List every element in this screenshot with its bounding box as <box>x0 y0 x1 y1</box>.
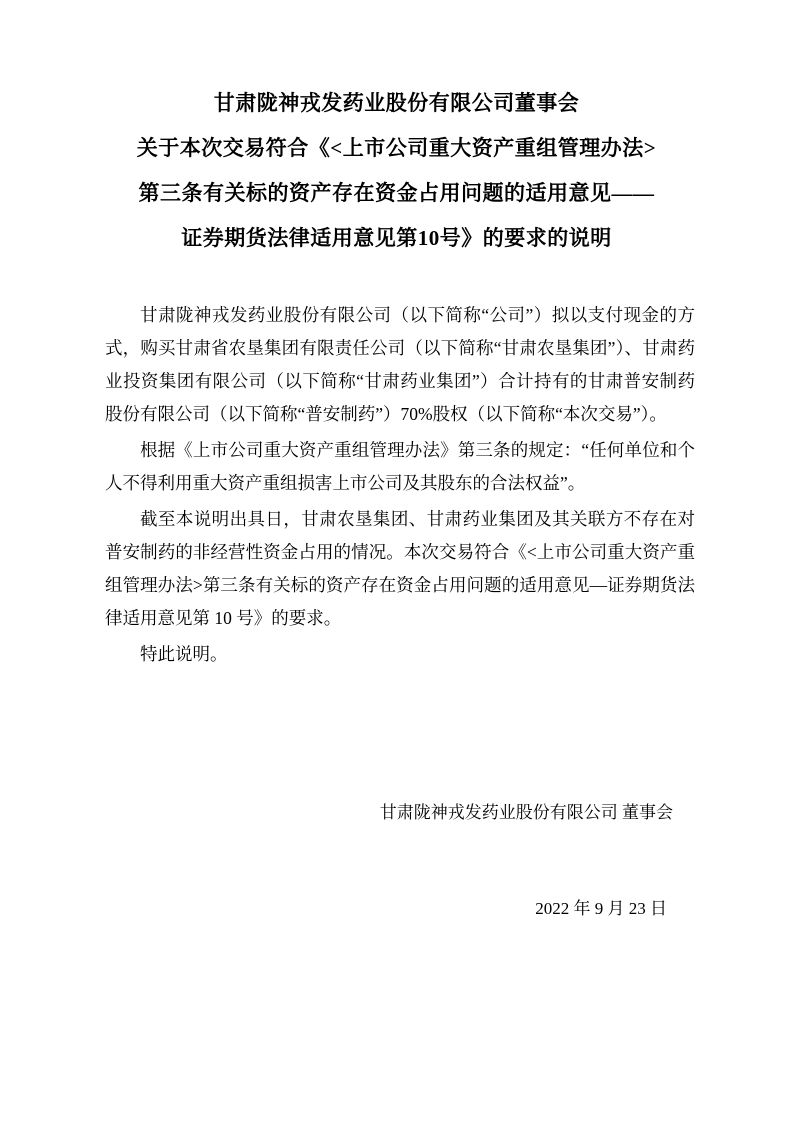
signature-date: 2022 年 9 月 23 日 <box>105 893 695 925</box>
paragraph-intro: 甘肃陇神戎发药业股份有限公司（以下简称“公司”）拟以支付现金的方式，购买甘肃省农… <box>105 299 695 431</box>
document-title: 甘肃陇神戎发药业股份有限公司董事会 关于本次交易符合《<上市公司重大资产重组管理… <box>0 0 793 261</box>
title-line-3: 第三条有关标的资产存在资金占用问题的适用意见—— <box>0 171 793 216</box>
paragraph-regulation: 根据《上市公司重大资产重组管理办法》第三条的规定：“任何单位和个人不得利用重大资… <box>105 434 695 500</box>
signature-block: 甘肃陇神戎发药业股份有限公司 董事会 2022 年 9 月 23 日 <box>105 733 695 989</box>
paragraph-closing: 特此说明。 <box>105 638 695 671</box>
title-line-4: 证券期货法律适用意见第10号》的要求的说明 <box>0 216 793 261</box>
document-page: 甘肃陇神戎发药业股份有限公司董事会 关于本次交易符合《<上市公司重大资产重组管理… <box>0 0 793 1122</box>
title-line-1: 甘肃陇神戎发药业股份有限公司董事会 <box>0 81 793 126</box>
title-line-2: 关于本次交易符合《<上市公司重大资产重组管理办法> <box>0 126 793 171</box>
signature-company: 甘肃陇神戎发药业股份有限公司 董事会 <box>105 797 695 829</box>
paragraph-conclusion: 截至本说明出具日，甘肃农垦集团、甘肃药业集团及其关联方不存在对普安制药的非经营性… <box>105 503 695 635</box>
document-body: 甘肃陇神戎发药业股份有限公司（以下简称“公司”）拟以支付现金的方式，购买甘肃省农… <box>105 299 695 671</box>
